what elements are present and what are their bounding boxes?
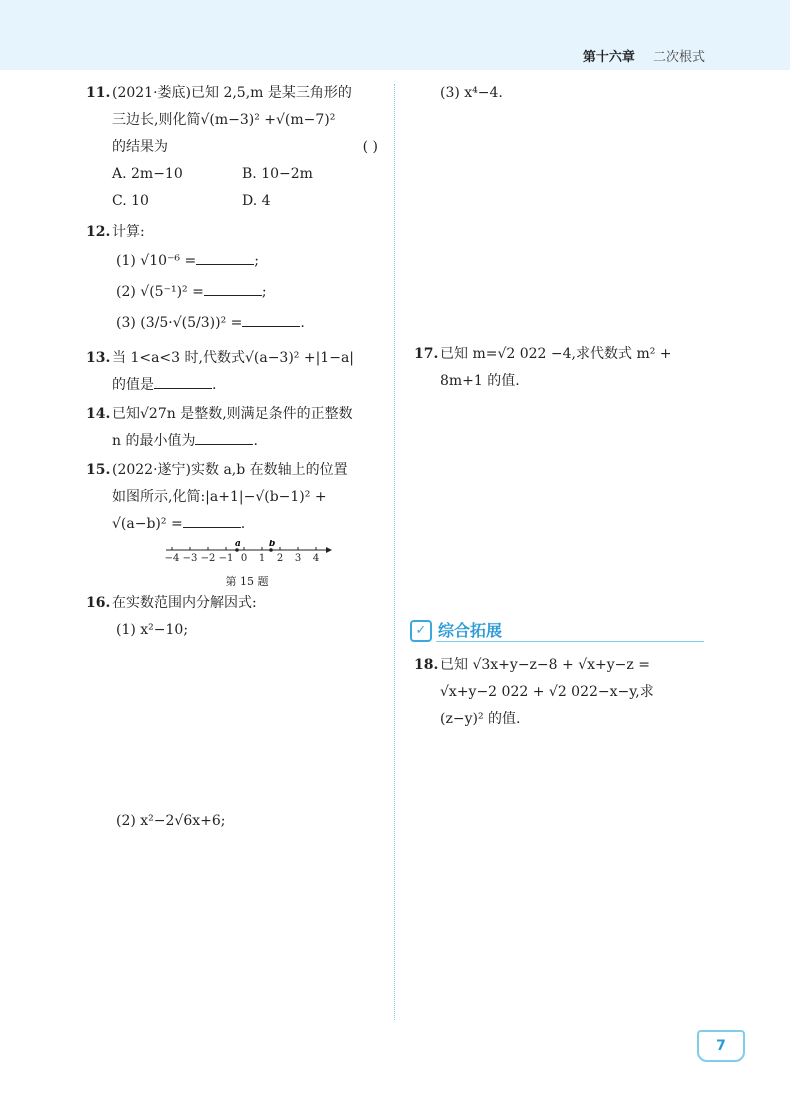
section-underline	[436, 641, 704, 642]
punct: .	[241, 516, 245, 532]
page-number: 7	[697, 1030, 745, 1062]
left-column: 11. (2021·娄底)已知 2,5,m 是某三角形的 三边长,则化简√(m−…	[86, 80, 382, 835]
svg-text:−3: −3	[183, 553, 198, 564]
question-14: 14. 已知√27n 是整数,则满足条件的正整数 n 的最小值为.	[86, 401, 382, 455]
answer-blank	[204, 281, 262, 296]
number-line-icon: a b −4−3−2−101234	[162, 540, 332, 566]
question-number: 11.	[86, 80, 110, 107]
chapter-number: 第十六章	[583, 50, 635, 65]
question-18-wrap: 18. 已知 √3x+y−z−8 + √x+y−z = √x+y−2 022 +…	[414, 652, 710, 733]
chapter-heading: 第十六章 二次根式	[583, 46, 705, 65]
question-11: 11. (2021·娄底)已知 2,5,m 是某三角形的 三边长,则化简√(m−…	[86, 80, 382, 215]
section-header: ✓ 综合拓展	[410, 618, 706, 642]
question-text: 8m+1 的值.	[440, 368, 710, 395]
answer-paren: ( )	[363, 134, 378, 161]
question-text: 计算:	[112, 219, 382, 246]
question-text: (2021·娄底)已知 2,5,m 是某三角形的	[112, 80, 382, 107]
question-text: n 的最小值为	[112, 433, 195, 449]
sub-question: (3) (3/5·√(5/3))² =	[116, 315, 242, 331]
svg-text:−2: −2	[201, 553, 216, 564]
question-text: 三边长,则化简√(m−3)² +√(m−7)²	[112, 107, 382, 134]
question-text: 已知√27n 是整数,则满足条件的正整数	[112, 401, 382, 428]
number-line-figure: a b −4−3−2−101234 第 15 题	[112, 540, 382, 588]
question-text: 当 1<a<3 时,代数式√(a−3)² +|1−a|	[112, 345, 382, 372]
svg-text:a: a	[235, 540, 241, 549]
sub-question: (1) √10⁻⁶ =	[116, 253, 196, 269]
svg-text:−1: −1	[219, 553, 234, 564]
punct: .	[253, 433, 257, 449]
question-text: (2022·遂宁)实数 a,b 在数轴上的位置	[112, 457, 382, 484]
option-a: A. 2m−10	[112, 161, 242, 188]
column-divider	[394, 84, 395, 1020]
svg-text:3: 3	[295, 553, 301, 564]
svg-text:1: 1	[259, 553, 265, 564]
question-13: 13. 当 1<a<3 时,代数式√(a−3)² +|1−a| 的值是.	[86, 345, 382, 399]
question-text: √x+y−2 022 + √2 022−x−y,求	[440, 679, 710, 706]
check-icon: ✓	[410, 620, 432, 642]
question-text: 已知 √3x+y−z−8 + √x+y−z =	[440, 652, 710, 679]
answer-blank	[154, 374, 212, 389]
svg-text:−4: −4	[165, 553, 180, 564]
question-text: (z−y)² 的值.	[440, 706, 710, 733]
answer-blank	[242, 312, 300, 327]
svg-text:b: b	[269, 540, 275, 549]
chapter-title: 二次根式	[653, 50, 705, 65]
question-12: 12. 计算: (1) √10⁻⁶ =; (2) √(5⁻¹)² =; (3) …	[86, 219, 382, 339]
option-c: C. 10	[112, 188, 242, 215]
question-number: 13.	[86, 345, 110, 372]
svg-text:0: 0	[241, 553, 247, 564]
answer-blank	[196, 250, 254, 265]
sub-question: (1) x²−10;	[112, 617, 382, 644]
question-number: 14.	[86, 401, 110, 428]
question-17: 17. 已知 m=√2 022 −4,求代数式 m² + 8m+1 的值.	[414, 341, 710, 395]
page-header: 第十六章 二次根式	[0, 0, 790, 70]
question-number: 18.	[414, 652, 438, 679]
question-16: 16. 在实数范围内分解因式: (1) x²−10; (2) x²−2√6x+6…	[86, 590, 382, 835]
question-15: 15. (2022·遂宁)实数 a,b 在数轴上的位置 如图所示,化简:|a+1…	[86, 457, 382, 588]
question-text: 如图所示,化简:|a+1|−√(b−1)² +	[112, 484, 382, 511]
answer-blank	[183, 513, 241, 528]
question-text: 已知 m=√2 022 −4,求代数式 m² +	[440, 341, 710, 368]
question-number: 15.	[86, 457, 110, 484]
question-number: 12.	[86, 219, 110, 246]
sub-question: (2) √(5⁻¹)² =	[116, 284, 204, 300]
svg-text:2: 2	[277, 553, 283, 564]
question-text: 在实数范围内分解因式:	[112, 590, 382, 617]
option-b: B. 10−2m	[242, 161, 372, 188]
question-text: 的值是	[112, 377, 154, 393]
option-d: D. 4	[242, 188, 372, 215]
section-title: 综合拓展	[438, 618, 502, 641]
question-18: 18. 已知 √3x+y−z−8 + √x+y−z = √x+y−2 022 +…	[414, 652, 710, 733]
question-number: 16.	[86, 590, 110, 617]
punct: ;	[262, 284, 267, 300]
figure-caption: 第 15 题	[112, 576, 382, 588]
question-text: 的结果为	[112, 139, 168, 155]
answer-blank	[195, 430, 253, 445]
punct: .	[300, 315, 304, 331]
punct: ;	[254, 253, 259, 269]
question-text: √(a−b)² =	[112, 516, 183, 532]
sub-question: (2) x²−2√6x+6;	[112, 808, 382, 835]
punct: .	[212, 377, 216, 393]
question-number: 17.	[414, 341, 438, 368]
sub-question: (3) x⁴−4.	[414, 80, 710, 107]
svg-text:4: 4	[313, 553, 319, 564]
right-column: (3) x⁴−4. 17. 已知 m=√2 022 −4,求代数式 m² + 8…	[414, 80, 710, 395]
